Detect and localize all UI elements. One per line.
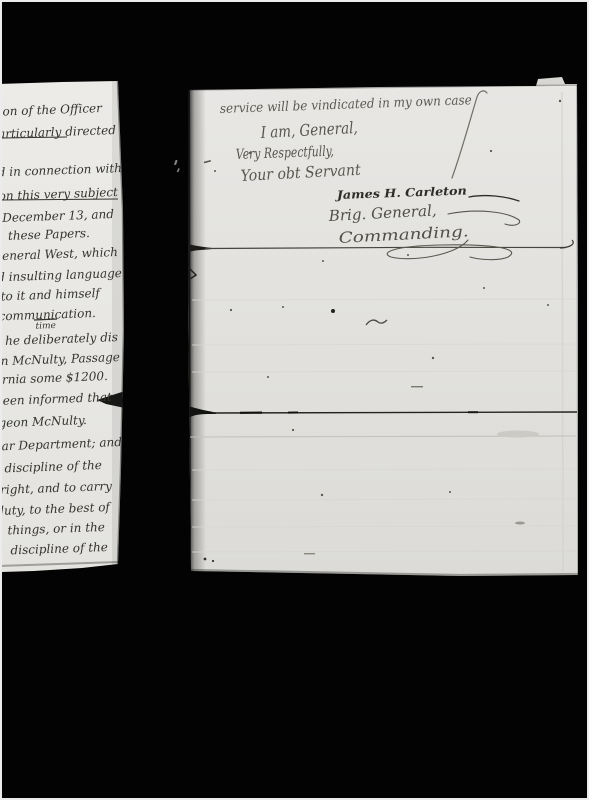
left-page-line: these Papers.: [8, 226, 90, 243]
vertical-fold-line: [562, 92, 563, 572]
right-page: service will be vindicated in my own cas…: [188, 77, 578, 576]
left-page-paper: [2, 81, 124, 572]
left-page: tion of the Officer particularly directe…: [2, 81, 125, 573]
scan-artwork: tion of the Officer particularly directe…: [2, 2, 587, 798]
left-page-insertion: time: [35, 321, 56, 332]
closing-line-respectfully: Very Respectfully,: [236, 144, 334, 163]
smudge: [497, 431, 539, 438]
manuscript-scan: tion of the Officer particularly directe…: [0, 0, 589, 800]
